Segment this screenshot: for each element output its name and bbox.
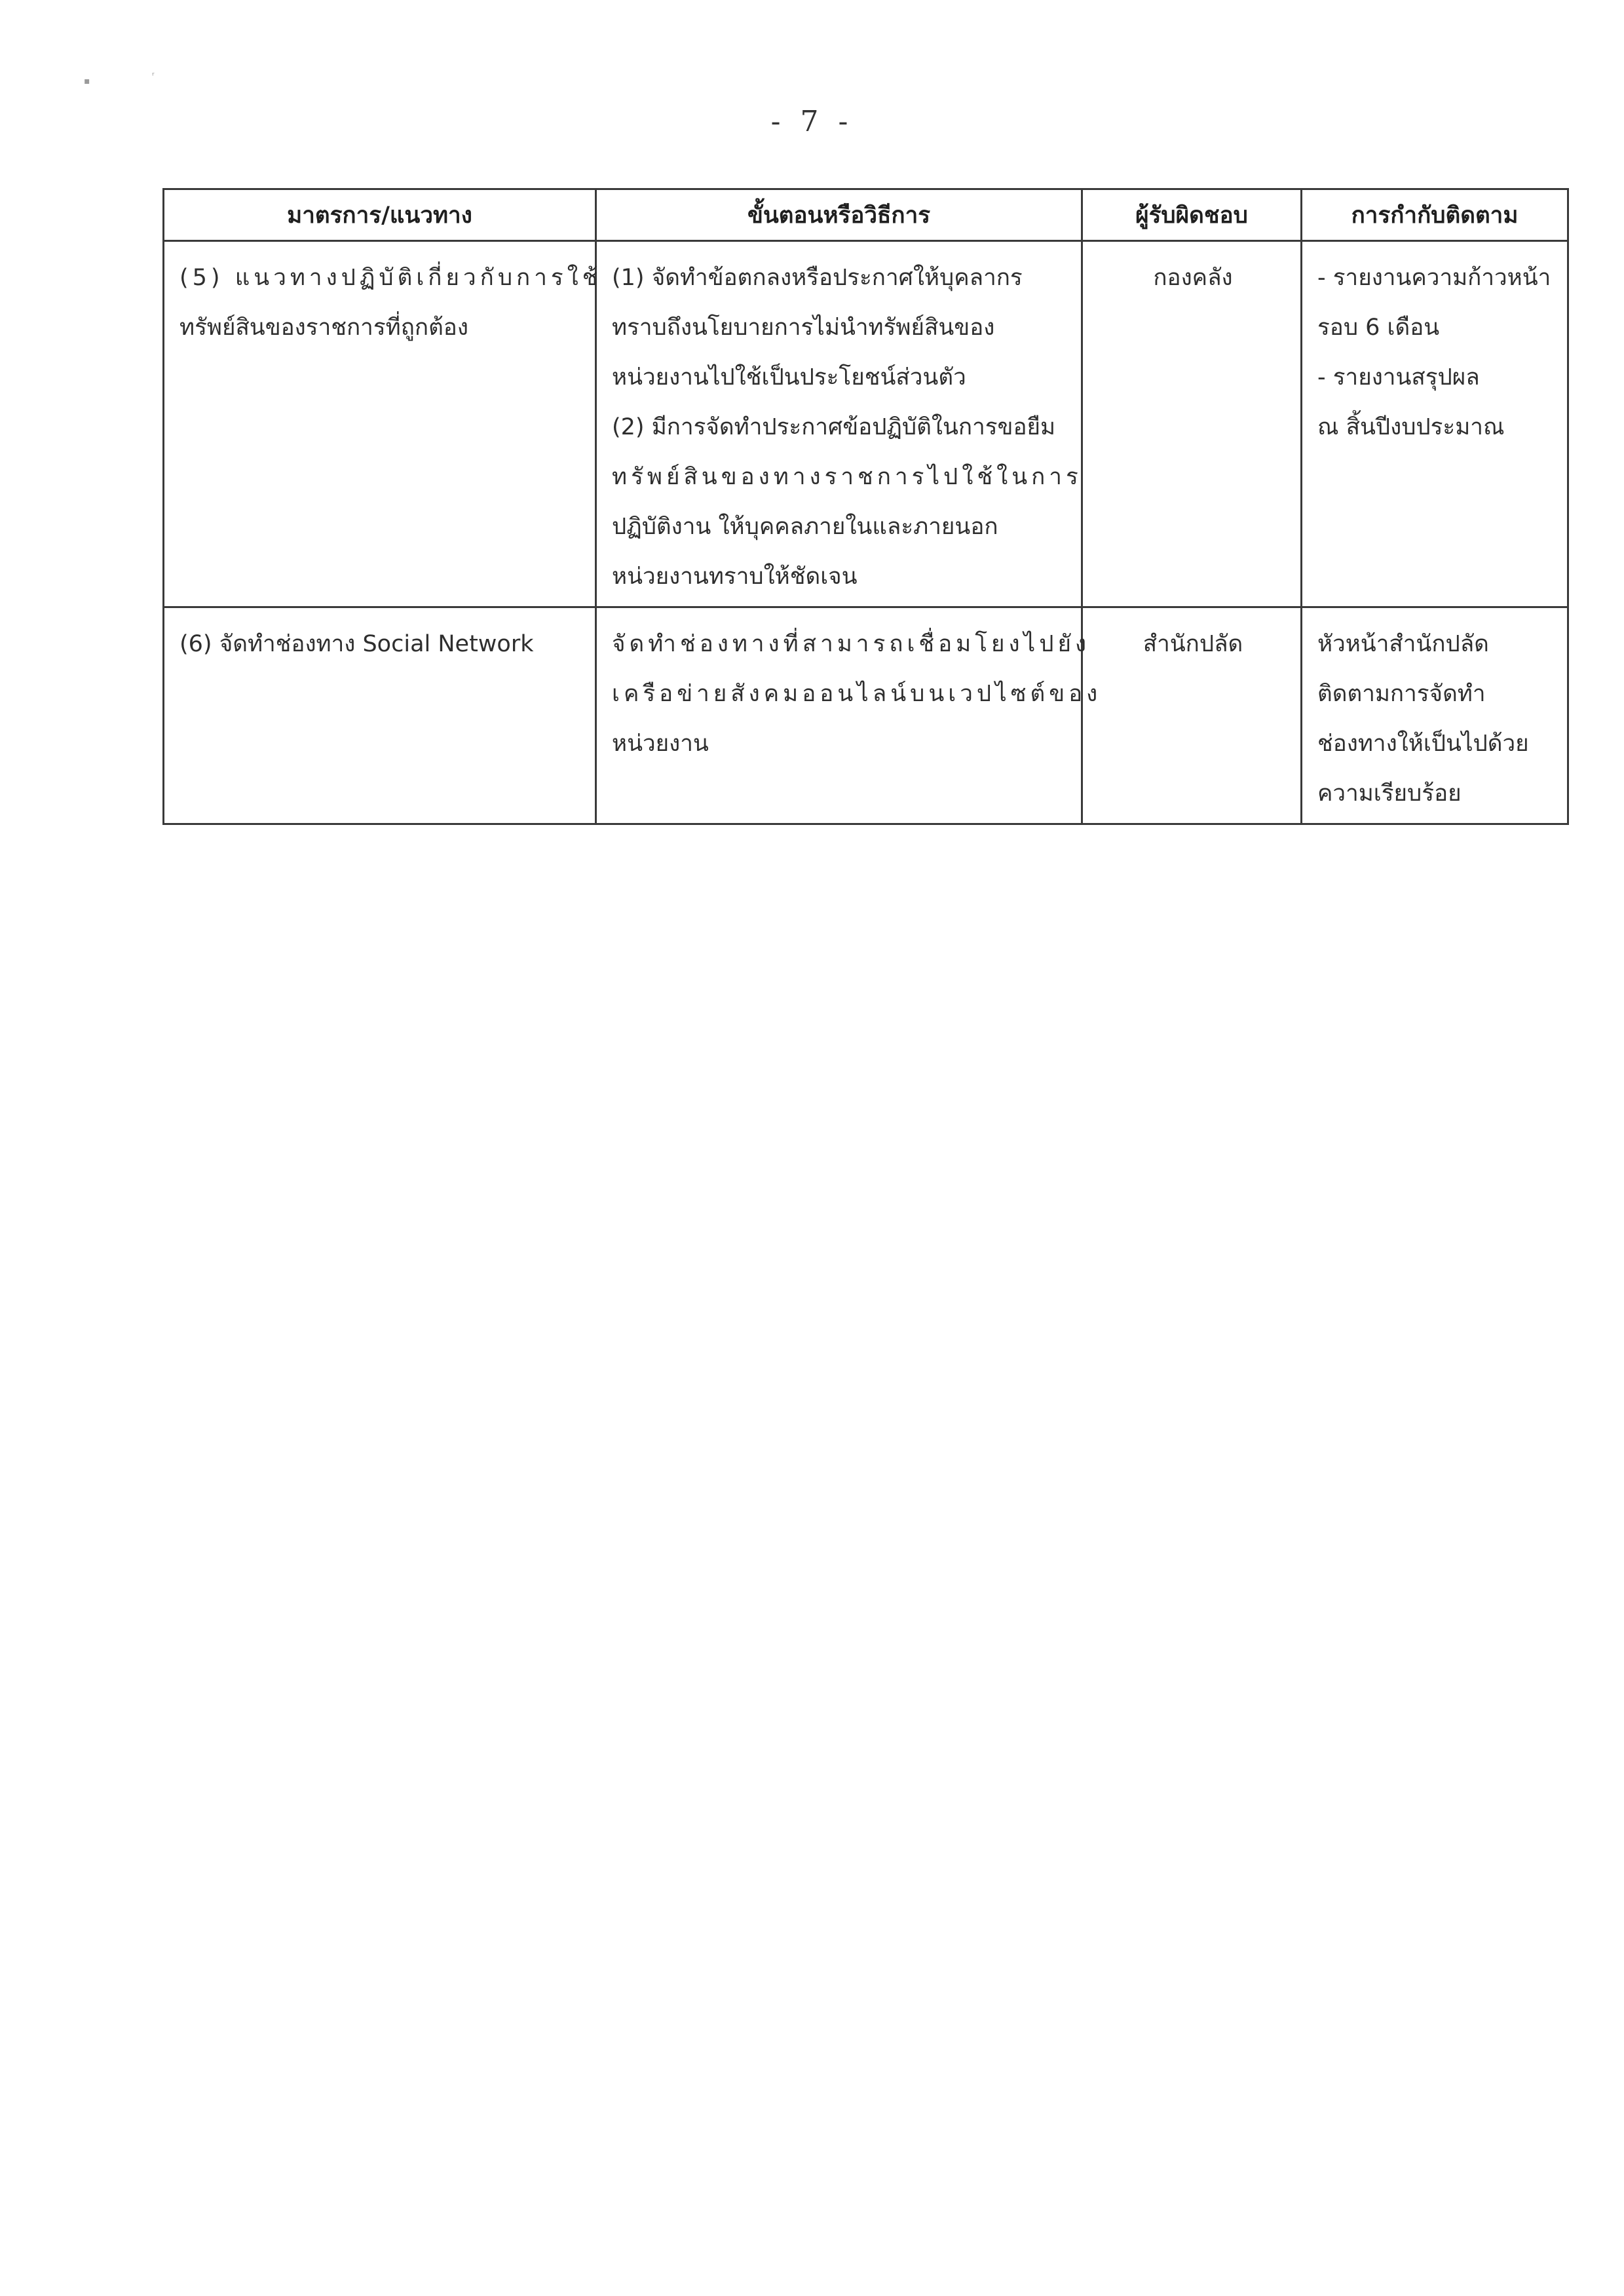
cell-responsible: สำนักปลัด <box>1082 607 1302 824</box>
cell-procedure: จัดทำช่องทางที่สามารถเชื่อมโยงไปยัง เครื… <box>596 607 1082 824</box>
scan-artifact: ▪ <box>84 76 90 86</box>
measures-table: มาตรการ/แนวทาง ขั้นตอนหรือวิธีการ ผู้รับ… <box>162 188 1569 825</box>
table-row: (6) จัดทำช่องทาง Social Network จัดทำช่อ… <box>164 607 1568 824</box>
table-header-row: มาตรการ/แนวทาง ขั้นตอนหรือวิธีการ ผู้รับ… <box>164 189 1568 241</box>
cell-text: หน่วยงานไปใช้เป็นประโยชน์ส่วนตัว <box>612 353 1068 402</box>
cell-text: (5) แนวทางปฏิบัติเกี่ยวกับการใช้ <box>179 253 582 303</box>
cell-text: หน่วยงาน <box>612 719 1068 769</box>
cell-text: รอบ 6 เดือน <box>1317 303 1555 353</box>
cell-responsible: กองคลัง <box>1082 241 1302 607</box>
cell-text: กองคลัง <box>1098 253 1288 303</box>
cell-text: เครือข่ายสังคมออนไลน์บนเวปไซต์ของ <box>612 669 1068 719</box>
cell-text: ทรัพย์สินของราชการที่ถูกต้อง <box>179 303 582 353</box>
header-procedure: ขั้นตอนหรือวิธีการ <box>596 189 1082 241</box>
cell-text: หัวหน้าสำนักปลัด <box>1317 619 1555 669</box>
cell-text: - รายงานความก้าวหน้า <box>1317 253 1555 303</box>
page-number: - 7 - <box>0 105 1624 138</box>
cell-text: จัดทำช่องทางที่สามารถเชื่อมโยงไปยัง <box>612 619 1068 669</box>
cell-monitoring: หัวหน้าสำนักปลัด ติดตามการจัดทำ ช่องทางใ… <box>1302 607 1568 824</box>
cell-text: ทราบถึงนโยบายการไม่นำทรัพย์สินของ <box>612 303 1068 353</box>
cell-text: (2) มีการจัดทำประกาศข้อปฏิบัติในการขอยืม <box>612 402 1068 452</box>
cell-text: ณ สิ้นปีงบประมาณ <box>1317 402 1555 452</box>
cell-text: ทรัพย์สินของทางราชการไปใช้ในการ <box>612 452 1068 502</box>
cell-text: ความเรียบร้อย <box>1317 769 1555 818</box>
header-measure: มาตรการ/แนวทาง <box>164 189 596 241</box>
cell-measure: (6) จัดทำช่องทาง Social Network <box>164 607 596 824</box>
cell-procedure: (1) จัดทำข้อตกลงหรือประกาศให้บุคลากร ทรา… <box>596 241 1082 607</box>
cell-text: (6) จัดทำช่องทาง Social Network <box>179 619 582 669</box>
cell-text: ช่องทางให้เป็นไปด้วย <box>1317 719 1555 769</box>
cell-text: - รายงานสรุปผล <box>1317 353 1555 402</box>
cell-text: ปฏิบัติงาน ให้บุคคลภายในและภายนอก <box>612 502 1068 552</box>
table-row: (5) แนวทางปฏิบัติเกี่ยวกับการใช้ ทรัพย์ส… <box>164 241 1568 607</box>
cell-text: หน่วยงานทราบให้ชัดเจน <box>612 552 1068 602</box>
cell-text: สำนักปลัด <box>1098 619 1288 669</box>
cell-monitoring: - รายงานความก้าวหน้า รอบ 6 เดือน - รายงา… <box>1302 241 1568 607</box>
scan-artifact: ʳ <box>152 71 155 81</box>
cell-text: ติดตามการจัดทำ <box>1317 669 1555 719</box>
header-responsible: ผู้รับผิดชอบ <box>1082 189 1302 241</box>
cell-text: (1) จัดทำข้อตกลงหรือประกาศให้บุคลากร <box>612 253 1068 303</box>
header-monitoring: การกำกับติดตาม <box>1302 189 1568 241</box>
cell-measure: (5) แนวทางปฏิบัติเกี่ยวกับการใช้ ทรัพย์ส… <box>164 241 596 607</box>
